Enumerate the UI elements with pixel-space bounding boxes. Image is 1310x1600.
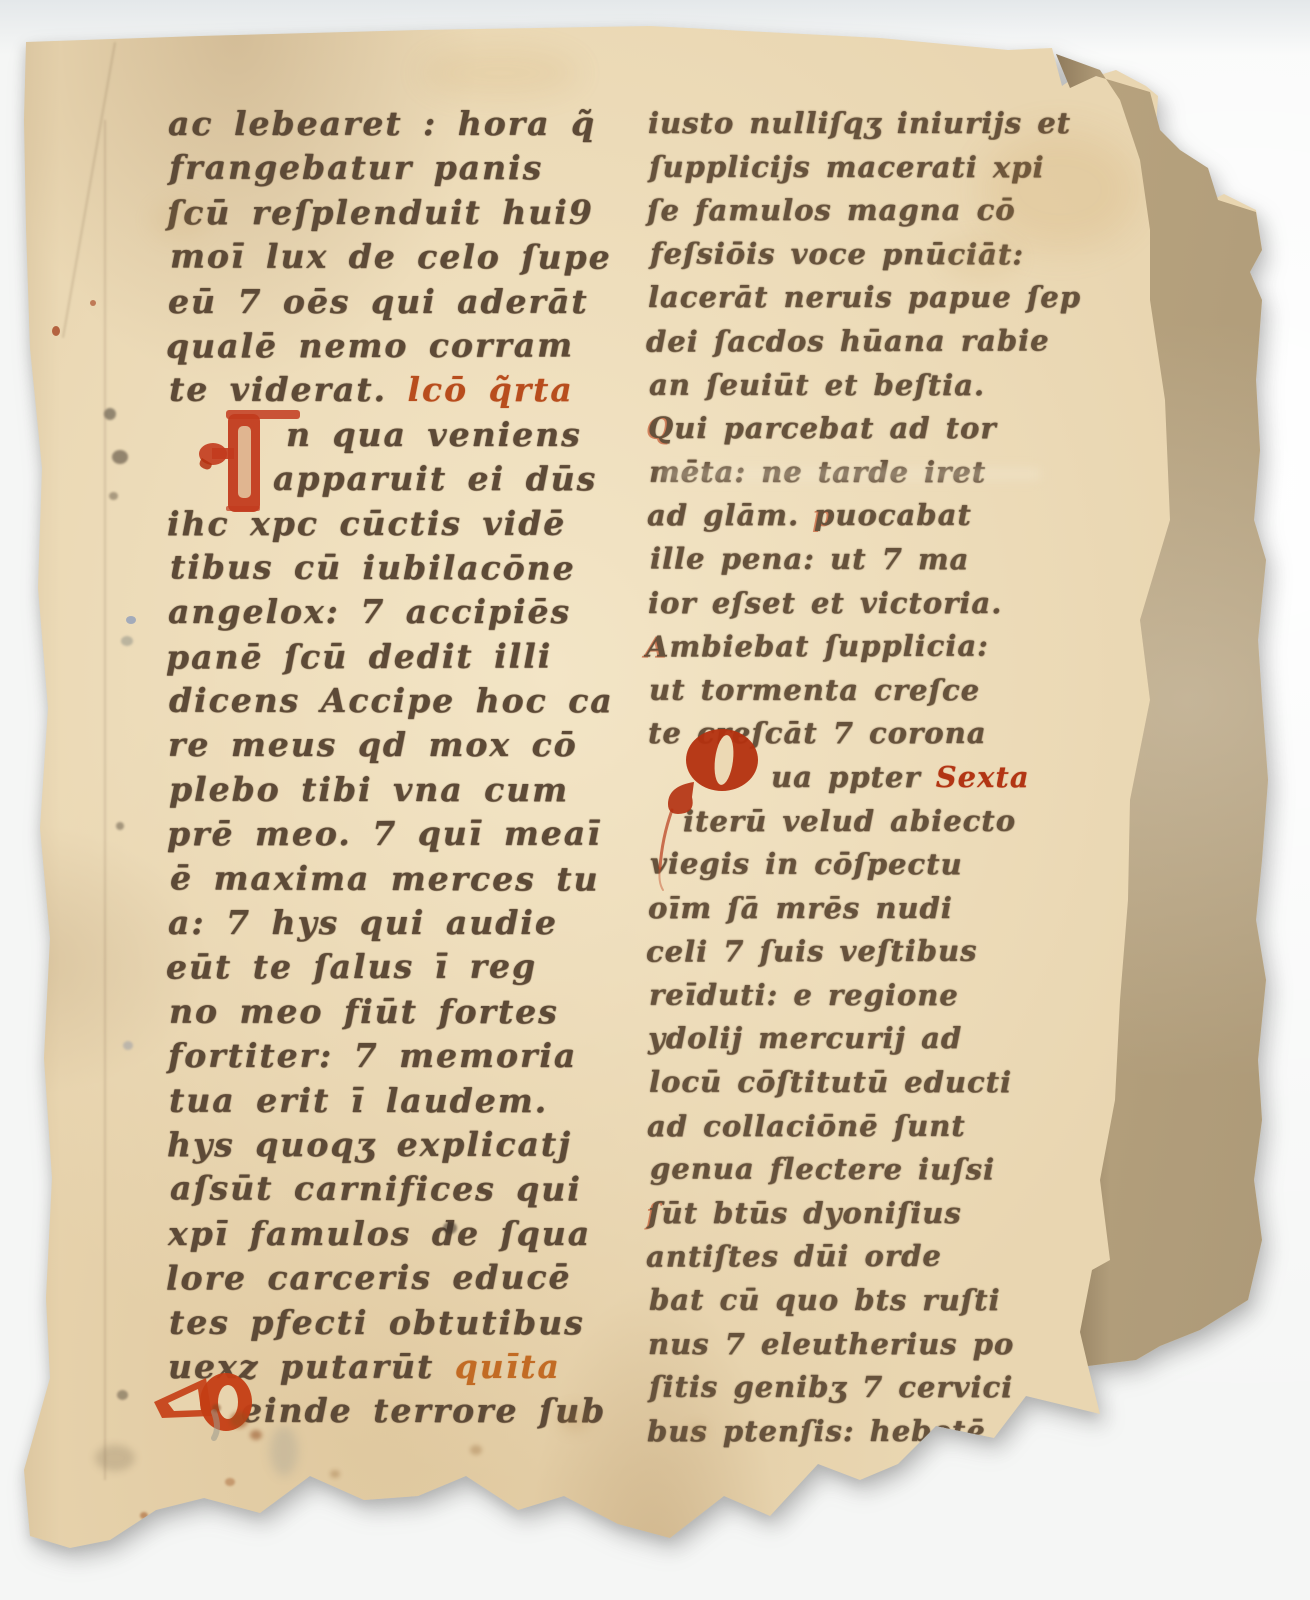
text-line: no meo fiūt fortes — [169, 992, 579, 1037]
body-text: ydolij mercurij ad — [648, 1021, 962, 1055]
body-text: te viderat. — [169, 370, 408, 409]
text-line: tibus cū iubilacōne — [170, 547, 580, 593]
body-text: qualē nemo corram — [166, 325, 574, 365]
body-text: ſe famulos magna cō — [647, 193, 1016, 228]
body-text: frangebatur panis — [169, 148, 543, 188]
text-line: ſupplicijs macerati xpi — [649, 149, 1067, 193]
stain — [420, 48, 580, 98]
body-text: mēta: ne tarde iret — [649, 454, 986, 488]
text-line: bat cū quo bts ruſti — [649, 1283, 1067, 1327]
text-line: dei ſacdos hūana rabie — [646, 323, 1064, 368]
body-text: xpī famulos de ſqua — [168, 1214, 591, 1253]
text-line: prē meo. 7 quī meaī — [167, 814, 577, 859]
parchment-leaf-wrapper: ac lebearet : hora q̃frangebatur panisſc… — [0, 0, 1310, 1600]
body-text: tes pfecti obtutibus — [169, 1302, 585, 1342]
body-text: ſcū reſplenduit hui9 — [167, 192, 594, 232]
body-text: apparuit ei dūs — [273, 459, 597, 498]
body-text: ad collaciōnē ſunt — [647, 1109, 966, 1143]
body-text: no meo fiūt fortes — [169, 992, 559, 1032]
body-text: reīduti: e regione — [649, 978, 959, 1012]
rubric-text: Sexta — [936, 760, 1030, 794]
text-line: an ſeuiūt et beſtia. — [649, 367, 1067, 411]
text-line: a: 7 hys qui audie — [168, 903, 578, 947]
body-text: uocabat — [835, 498, 971, 532]
text-line: ad collaciōnē ſunt — [647, 1108, 1065, 1152]
stain — [112, 450, 128, 464]
body-text: lore carceris educē — [166, 1258, 572, 1298]
body-text: angelox: 7 accipiēs — [168, 592, 571, 631]
body-text: hys quoqʒ explicatj — [167, 1125, 572, 1165]
body-text: a: 7 hys qui audie — [168, 903, 558, 942]
stain — [104, 408, 116, 420]
text-line: bus ptenſis: hebetē — [647, 1414, 1065, 1458]
body-text: ua ppter — [771, 760, 936, 794]
body-text: dicens Accipe hoc ca — [169, 681, 614, 721]
body-text: lacerāt neruis papue ſep — [648, 280, 1081, 314]
body-text: antiſtes dūi orde — [646, 1239, 942, 1274]
text-line: eū 7 oēs qui aderāt — [168, 282, 578, 326]
rubric-text: ſ — [648, 1196, 661, 1230]
body-text: prē meo. 7 quī meaī — [167, 814, 602, 854]
text-line: panē ſcū dedit illi — [166, 636, 576, 682]
text-line: plebo tibi vna cum — [169, 770, 579, 815]
text-line: lore carceris educē — [166, 1258, 576, 1304]
body-text: nus 7 eleutherius po — [648, 1327, 1014, 1361]
body-text: ſupplicijs macerati xpi — [649, 149, 1045, 184]
body-text: ad glām. — [647, 498, 814, 532]
text-line: Qui parcebat ad tor — [648, 411, 1066, 455]
body-text: ui parcebat ad tor — [674, 411, 996, 445]
crease-line — [62, 42, 116, 338]
text-line: hys quoqʒ explicatj — [167, 1125, 577, 1170]
text-line: ut tormenta creſce — [649, 672, 1067, 716]
text-line: ſūt btūs dyoniſius — [648, 1196, 1066, 1240]
text-line: feſsiōis voce pnūciāt: — [650, 236, 1068, 281]
body-text: ūt btūs dyoniſius — [661, 1196, 961, 1230]
body-text: locū cōſtitutū educti — [649, 1065, 1012, 1100]
body-text: an ſeuiūt et beſtia. — [649, 367, 985, 401]
stain — [90, 300, 96, 306]
initial-Q — [656, 718, 786, 918]
body-text: ē maxima merces tu — [170, 858, 600, 898]
text-line: eūt te ſalus ī reg — [166, 947, 576, 993]
text-line: ſitis genibʒ 7 cervici — [649, 1370, 1067, 1414]
initial-D — [150, 1370, 262, 1442]
stain — [117, 1390, 128, 1400]
body-text: celi 7 ſuis veſtibus — [646, 934, 977, 969]
crease-line — [104, 120, 106, 1480]
initial-I — [196, 406, 308, 522]
body-text: bus ptenſis: hebetē — [647, 1414, 986, 1448]
text-line: angelox: 7 accipiēs — [168, 592, 578, 636]
body-text: feſsiōis voce pnūciāt: — [650, 236, 1024, 271]
body-text: ac lebearet : hora q̃ — [168, 104, 596, 143]
rubric-text: A — [646, 630, 670, 664]
text-line: tes pfecti obtutibus — [169, 1302, 579, 1347]
body-text: plebo tibi vna cum — [169, 770, 569, 810]
text-line: genua flectere iuſsi — [650, 1152, 1068, 1197]
text-line: antiſtes dūi orde — [646, 1239, 1064, 1284]
rubric-text: lcō q̃rta — [407, 370, 573, 409]
text-line: ad glām. puocabat — [647, 498, 1065, 542]
body-text: genua flectere iuſsi — [650, 1152, 995, 1187]
text-line: fortiter: 7 memoria — [168, 1036, 578, 1080]
text-line: dicens Accipe hoc ca — [169, 681, 579, 726]
body-text: moī lux de celo ſupe — [170, 237, 612, 277]
text-line: mēta: ne tarde iret — [649, 454, 1067, 498]
text-line: ille pena: ut 7 ma — [650, 541, 1068, 586]
body-text: mbiebat ſupplicia: — [669, 629, 988, 664]
text-line: reīduti: e regione — [649, 978, 1067, 1022]
text-line: nus 7 eleutherius po — [648, 1327, 1066, 1371]
text-line: tua erit ī laudem. — [169, 1080, 579, 1125]
rubric-text: quīta — [455, 1347, 561, 1386]
text-line: aſsūt carnifices qui — [170, 1169, 580, 1215]
text-line: Ambiebat ſupplicia: — [646, 629, 1064, 674]
text-line: moī lux de celo ſupe — [170, 237, 580, 283]
body-text: panē ſcū dedit illi — [166, 636, 552, 676]
stain — [140, 1512, 148, 1519]
body-text: ſitis genibʒ 7 cervici — [649, 1370, 1013, 1405]
body-text: eū 7 oēs qui aderāt — [168, 282, 589, 321]
text-line: ior eſset et victoria. — [648, 586, 1066, 630]
stain — [225, 1478, 235, 1486]
stain — [330, 1470, 340, 1478]
text-column-left: ac lebearet : hora q̃frangebatur panisſc… — [168, 104, 578, 1436]
text-line: ac lebearet : hora q̃ — [168, 104, 578, 148]
text-line: frangebatur panis — [169, 148, 579, 193]
text-line: xpī famulos de ſqua — [168, 1214, 578, 1258]
stain — [121, 636, 133, 646]
stain — [52, 326, 60, 336]
stain — [123, 1041, 133, 1050]
body-text: re meus qd mox cō — [168, 725, 578, 764]
text-line: lacerāt neruis papue ſep — [648, 280, 1066, 324]
body-text: einde terrore ſub — [241, 1391, 606, 1431]
text-line: ſe famulos magna cō — [647, 193, 1065, 237]
body-text: n qua veniens — [286, 415, 582, 454]
stain — [126, 616, 136, 624]
text-line: ſcū reſplenduit hui9 — [167, 192, 577, 237]
stain — [116, 822, 124, 830]
body-text: ut tormenta creſce — [649, 672, 980, 706]
rubric-text: Q — [648, 411, 674, 445]
body-text: aſsūt carnifices qui — [170, 1169, 582, 1209]
body-text: tua erit ī laudem. — [169, 1080, 548, 1120]
text-line: ē maxima merces tu — [170, 858, 580, 904]
text-line: iusto nulliſqʒ iniurijs et — [648, 106, 1066, 150]
text-line: celi 7 ſuis veſtibus — [646, 934, 1064, 979]
body-text: eūt te ſalus ī reg — [166, 947, 537, 987]
manuscript-photo: ac lebearet : hora q̃frangebatur panisſc… — [0, 0, 1310, 1600]
text-line: qualē nemo corram — [166, 325, 576, 371]
rubric-text: p — [814, 498, 835, 532]
text-line: ydolij mercurij ad — [648, 1021, 1066, 1065]
stain — [470, 1445, 482, 1455]
body-text: dei ſacdos hūana rabie — [646, 323, 1050, 358]
body-text: ior eſset et victoria. — [648, 586, 1002, 620]
stain — [109, 492, 118, 500]
body-text: bat cū quo bts ruſti — [649, 1283, 1001, 1317]
text-line: re meus qd mox cō — [168, 725, 578, 769]
text-line: locū cōſtitutū educti — [649, 1065, 1067, 1109]
body-text: ille pena: ut 7 ma — [650, 541, 969, 576]
body-text: tibus cū iubilacōne — [170, 547, 576, 587]
stain — [95, 1445, 135, 1471]
body-text: fortiter: 7 memoria — [168, 1036, 577, 1075]
body-text: iusto nulliſqʒ iniurijs et — [648, 106, 1071, 140]
